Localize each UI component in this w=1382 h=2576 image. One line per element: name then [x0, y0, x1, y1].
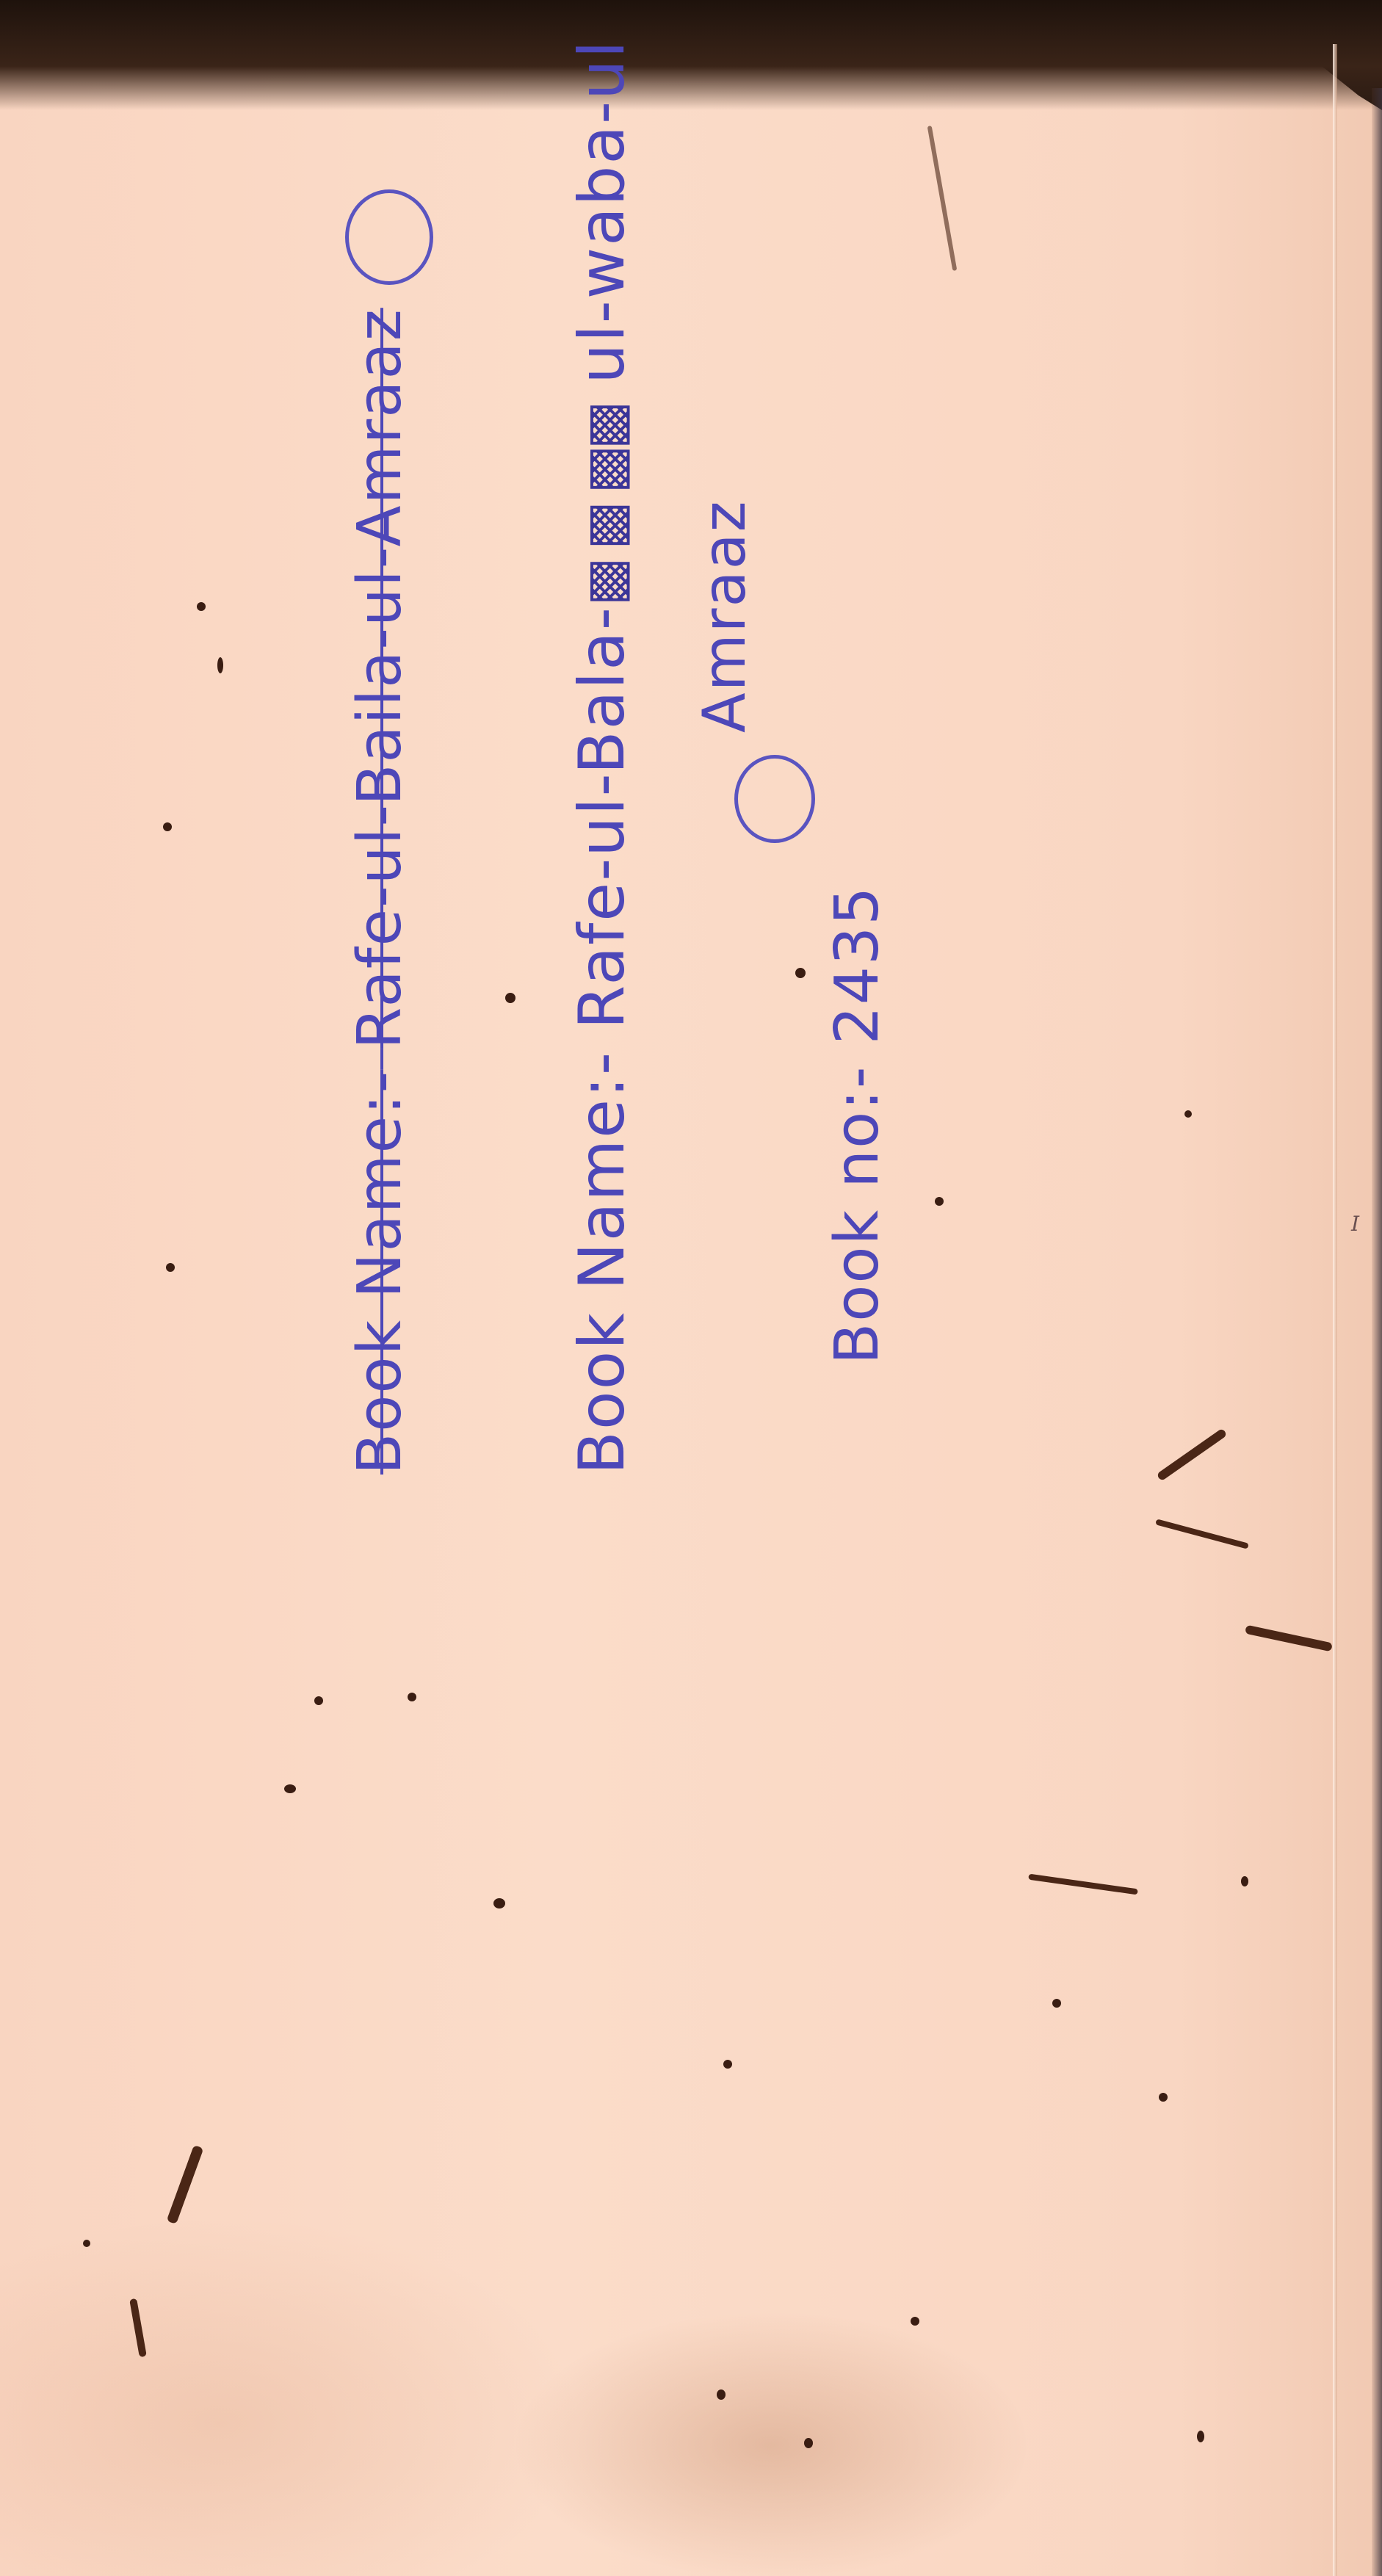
- book-number-entry: Book no:- 2435: [822, 886, 892, 1364]
- book-name-entry-struck: Book Name:- Rafe-ul-Baila-ul-Amraaz: [345, 308, 415, 1475]
- handwritten-notes: Book Name:- Rafe-ul-Baila-ul-Amraaz Book…: [0, 0, 1382, 2576]
- book-name-value: Rafe-ul-Bala-: [565, 606, 639, 1029]
- book-name-value-continued: ul-waba-ul: [565, 39, 639, 383]
- book-name-entry: Book Name:- Rafe-ul-Bala-▩ ▩ ▩▩ ul-waba-…: [565, 39, 639, 1475]
- book-number-value: 2435: [822, 886, 892, 1045]
- margin-mark: I: [1351, 1212, 1359, 1236]
- book-name-label: Book Name:-: [345, 1070, 415, 1475]
- scribbled-out-text: ▩ ▩ ▩▩: [576, 405, 636, 606]
- ink-loop-flourish: [734, 755, 815, 843]
- book-name-label: Book Name:-: [565, 1051, 639, 1475]
- book-number-label: Book no:-: [822, 1066, 892, 1365]
- book-name-value-struck: Rafe-ul-Baila-ul-Amraaz: [345, 308, 415, 1049]
- book-name-value-line2: Amraaz: [690, 499, 759, 733]
- ink-loop-flourish: [345, 189, 433, 285]
